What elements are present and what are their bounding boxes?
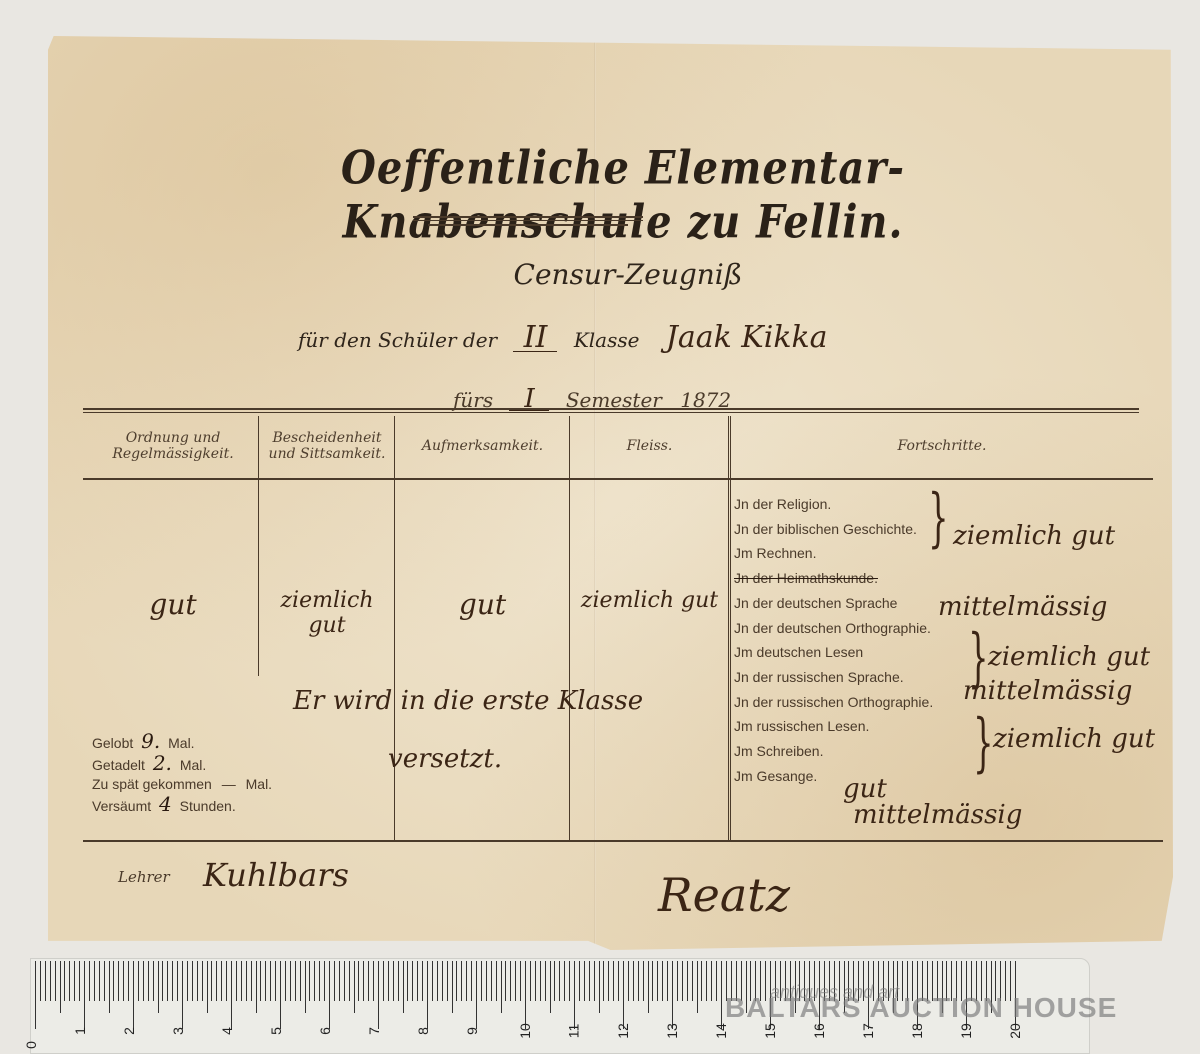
class-number: II — [513, 325, 557, 352]
ruler-number: 1 — [72, 1027, 88, 1035]
ruler-tick — [334, 961, 335, 1001]
ruler-tick — [711, 961, 712, 1001]
ruler-tick — [471, 961, 472, 1001]
ruler-tick — [349, 961, 350, 1001]
ruler-tick — [692, 961, 693, 1001]
ruler-tick — [530, 961, 531, 1001]
ruler-tick — [628, 961, 629, 1001]
ruler-tick — [202, 961, 203, 1001]
ruler-tick — [236, 961, 237, 1001]
ruler-tick — [187, 961, 188, 1001]
ruler-number: 17 — [860, 1023, 876, 1039]
ruler-tick — [613, 961, 614, 1001]
ruler-tick — [192, 961, 193, 1001]
ruler-tick — [461, 961, 462, 1001]
ruler-tick — [69, 961, 70, 1001]
ruler-tick — [496, 961, 497, 1001]
ruler-number: 2 — [121, 1027, 137, 1035]
ruler-tick — [706, 961, 707, 1001]
ruler-number: 8 — [415, 1027, 431, 1035]
grade-russische-sprache: mittelmässig — [963, 676, 1132, 706]
certificate-paper: Oeffentliche Elementar-Knabenschule zu F… — [48, 36, 1173, 950]
ruler-number: 10 — [517, 1023, 533, 1039]
table-bottom-rule — [83, 840, 1163, 842]
ruler-tick — [569, 961, 570, 1001]
ruler-tick — [574, 961, 575, 1029]
ruler-tick — [608, 961, 609, 1001]
ruler-tick — [113, 961, 114, 1001]
column-divider — [258, 416, 259, 676]
ruler-tick — [216, 961, 217, 1001]
ruler-tick — [603, 961, 604, 1001]
header-fortschritte: Fortschritte. — [732, 416, 1152, 476]
ruler-tick — [535, 961, 536, 1001]
ruler-tick — [579, 961, 580, 1001]
subjects-list: Jn der Religion. Jn der biblischen Gesch… — [734, 492, 933, 788]
ruler-tick — [99, 961, 100, 1001]
ruler-tick — [40, 961, 41, 1001]
ruler-tick — [545, 961, 546, 1001]
ruler-tick — [643, 961, 644, 1001]
ruler-tick — [231, 961, 232, 1029]
ruler-tick — [260, 961, 261, 1001]
ruler-tick — [167, 961, 168, 1001]
ruler-tick — [300, 961, 301, 1001]
ruler-tick — [197, 961, 198, 1001]
ruler-tick — [295, 961, 296, 1001]
ruler-tick — [652, 961, 653, 1001]
ruler-tick — [290, 961, 291, 1001]
director-signature: Reatz — [658, 868, 790, 922]
ruler-tick — [618, 961, 619, 1001]
ruler-tick — [378, 961, 379, 1029]
ruler-tick — [599, 961, 600, 1013]
title-divider-lower — [428, 224, 628, 226]
ruler-tick — [339, 961, 340, 1001]
table-top-rule — [83, 408, 1139, 413]
table-header-rule — [83, 478, 1153, 480]
ruler-tick — [594, 961, 595, 1001]
ruler-tick — [285, 961, 286, 1001]
ruler-tick — [172, 961, 173, 1001]
ruler-tick — [35, 961, 36, 1029]
ruler-tick — [319, 961, 320, 1001]
ruler-tick — [486, 961, 487, 1001]
ruler-tick — [657, 961, 658, 1001]
ruler-tick — [270, 961, 271, 1001]
ruler-tick — [398, 961, 399, 1001]
grade-aufmerksamkeit: gut — [396, 588, 569, 621]
ruler-tick — [667, 961, 668, 1001]
ruler-tick — [275, 961, 276, 1001]
ruler-tick — [501, 961, 502, 1013]
ruler-number: 6 — [317, 1027, 333, 1035]
ruler-tick — [148, 961, 149, 1001]
header-aufmerksamkeit: Aufmerksamkeit. — [396, 416, 569, 476]
ruler-tick — [682, 961, 683, 1001]
ruler-tick — [84, 961, 85, 1029]
subject-row: Jn der russischen Orthographie. — [734, 690, 933, 715]
ruler-tick — [466, 961, 467, 1001]
ruler-tick — [383, 961, 384, 1001]
ruler-tick — [638, 961, 639, 1001]
header-bescheidenheit: Bescheidenheit und Sittsamkeit. — [260, 416, 394, 476]
ruler-tick — [177, 961, 178, 1001]
ruler-tick — [481, 961, 482, 1001]
ruler-tick — [182, 961, 183, 1029]
ruler-tick — [89, 961, 90, 1001]
ruler-tick — [633, 961, 634, 1001]
ruler-number: 18 — [909, 1023, 925, 1039]
ruler-tick — [648, 961, 649, 1013]
ruler-tick — [427, 961, 428, 1029]
late-row: Zu spät gekommen — Mal. — [92, 775, 272, 795]
ruler-tick — [388, 961, 389, 1001]
subject-row: Jn der deutschen Sprache — [734, 591, 933, 616]
ruler-number: 4 — [219, 1027, 235, 1035]
school-title: Oeffentliche Elementar-Knabenschule zu F… — [198, 141, 1048, 249]
ruler-tick — [104, 961, 105, 1001]
ruler-number: 13 — [664, 1023, 680, 1039]
ruler-number: 14 — [713, 1023, 729, 1039]
ruler-tick — [45, 961, 46, 1001]
ruler-tick — [50, 961, 51, 1001]
ruler-tick — [358, 961, 359, 1001]
brace-icon: } — [973, 711, 993, 775]
ruler-tick — [520, 961, 521, 1001]
ruler-tick — [623, 961, 624, 1029]
ruler-tick — [589, 961, 590, 1001]
ruler-tick — [554, 961, 555, 1001]
teacher-signature: Kuhlbars — [203, 856, 349, 894]
ruler-tick — [226, 961, 227, 1001]
subject-row: Jm russischen Lesen. — [734, 714, 933, 739]
subject-row: Jn der russischen Sprache. — [734, 665, 933, 690]
ruler-tick — [505, 961, 506, 1001]
ruler-tick — [55, 961, 56, 1001]
ruler-tick — [221, 961, 222, 1001]
ruler-tick — [412, 961, 413, 1001]
ruler-number: 15 — [762, 1023, 778, 1039]
ruler-number: 20 — [1007, 1023, 1023, 1039]
ruler-tick — [211, 961, 212, 1001]
subject-row: Jn der deutschen Orthographie. — [734, 616, 933, 641]
grade-bescheidenheit: ziemlich gut — [260, 588, 394, 638]
ruler-tick — [452, 961, 453, 1013]
ruler-tick — [515, 961, 516, 1001]
ruler-tick — [64, 961, 65, 1001]
ruler-tick — [584, 961, 585, 1001]
column-divider — [728, 416, 731, 840]
teacher-label: Lehrer — [118, 868, 170, 886]
subject-row: Jm Rechnen. — [734, 541, 933, 566]
ruler-tick — [476, 961, 477, 1029]
ruler-tick — [314, 961, 315, 1001]
ruler-tick — [153, 961, 154, 1001]
class-label: Klasse — [574, 328, 640, 352]
ruler-tick — [559, 961, 560, 1001]
ruler-tick — [716, 961, 717, 1001]
grade-ordnung: gut — [88, 588, 258, 621]
ruler-tick — [138, 961, 139, 1001]
column-divider — [569, 416, 570, 840]
ruler-tick — [123, 961, 124, 1001]
column-divider — [394, 416, 395, 840]
ruler-tick — [246, 961, 247, 1001]
grade-fleiss: ziemlich gut — [571, 588, 728, 613]
reprimanded-row: Getadelt 2. Mal. — [92, 754, 272, 776]
subject-row: Jm Gesange. — [734, 764, 933, 789]
grade-deutsche-sprache: mittelmässig — [938, 592, 1107, 622]
ruler-tick — [447, 961, 448, 1001]
ruler-tick — [550, 961, 551, 1013]
ruler-tick — [118, 961, 119, 1001]
ruler-tick — [241, 961, 242, 1001]
ruler-tick — [305, 961, 306, 1013]
subject-row: Jn der biblischen Geschichte. — [734, 517, 933, 542]
subject-row: Jm deutschen Lesen — [734, 640, 933, 665]
ruler-number: 3 — [170, 1027, 186, 1035]
ruler-tick — [280, 961, 281, 1029]
ruler-tick — [60, 961, 61, 1013]
reprimanded-count: 2. — [153, 751, 172, 775]
ruler-number: 12 — [615, 1023, 631, 1039]
ruler-tick — [510, 961, 511, 1001]
ruler-tick — [207, 961, 208, 1013]
ruler-tick — [525, 961, 526, 1029]
ruler-tick — [697, 961, 698, 1013]
ruler-number: 19 — [958, 1023, 974, 1039]
ruler-tick — [407, 961, 408, 1001]
ruler-tick — [79, 961, 80, 1001]
ruler-tick — [133, 961, 134, 1029]
ruler-tick — [94, 961, 95, 1001]
grade-russisch-group: ziemlich gut — [993, 724, 1155, 754]
ruler-tick — [162, 961, 163, 1001]
ruler-tick — [422, 961, 423, 1001]
ruler-number: 11 — [565, 1024, 581, 1039]
watermark-brand: BALTARS AUCTION HOUSE — [725, 992, 1117, 1024]
subject-row: Jm Schreiben. — [734, 739, 933, 764]
ruler-number: 9 — [464, 1027, 480, 1035]
ruler-tick — [442, 961, 443, 1001]
absent-hours: 4 — [159, 792, 172, 816]
ruler-tick — [677, 961, 678, 1001]
ruler-tick — [344, 961, 345, 1001]
ruler-tick — [701, 961, 702, 1001]
absent-row: Versäumt 4 Stunden. — [92, 795, 272, 817]
subject-row-struck: Jn der Heimathskunde. — [734, 566, 933, 591]
grade-gesange: mittelmässig — [853, 800, 1022, 830]
ruler-tick — [373, 961, 374, 1001]
ruler-tick — [417, 961, 418, 1001]
ruler-number: 16 — [811, 1023, 827, 1039]
ruler-number: 5 — [268, 1027, 284, 1035]
ruler-tick — [158, 961, 159, 1013]
header-ordnung: Ordnung und Regelmässigkeit. — [88, 416, 258, 476]
ruler-tick — [363, 961, 364, 1001]
ruler-tick — [329, 961, 330, 1029]
ruler-tick — [251, 961, 252, 1001]
ruler-number: 0 — [23, 1041, 39, 1049]
grade-religion-group: ziemlich gut — [953, 521, 1115, 551]
student-line-prefix: für den Schüler der — [298, 328, 497, 352]
title-divider — [413, 216, 643, 221]
promotion-remark-line1: Er wird in die erste Klasse — [293, 686, 643, 716]
brace-icon: } — [928, 486, 948, 550]
header-fleiss: Fleiss. — [571, 416, 728, 476]
ruler-tick — [456, 961, 457, 1001]
certificate-subtitle: Censur-Zeugniß — [348, 258, 908, 291]
ruler-tick — [564, 961, 565, 1001]
ruler-tick — [721, 961, 722, 1029]
ruler-tick — [324, 961, 325, 1001]
promotion-remark-line2: versetzt. — [388, 744, 502, 774]
ruler-tick — [672, 961, 673, 1029]
grade-deutsch-group: ziemlich gut — [988, 642, 1150, 672]
ruler-number: 7 — [366, 1027, 382, 1035]
ruler-tick — [393, 961, 394, 1001]
ruler-tick — [265, 961, 266, 1001]
praised-row: Gelobt 9. Mal. — [92, 732, 272, 754]
ruler-tick — [540, 961, 541, 1001]
praised-count: 9. — [141, 729, 160, 753]
ruler-tick — [74, 961, 75, 1001]
ruler-tick — [437, 961, 438, 1001]
ruler-tick — [432, 961, 433, 1001]
ruler-tick — [256, 961, 257, 1013]
ruler-tick — [403, 961, 404, 1013]
ruler-tick — [128, 961, 129, 1001]
ruler-tick — [491, 961, 492, 1001]
ruler-tick — [368, 961, 369, 1001]
ruler-tick — [309, 961, 310, 1001]
student-name: Jaak Kikka — [666, 320, 828, 355]
ruler-tick — [143, 961, 144, 1001]
ruler-tick — [109, 961, 110, 1013]
ruler-tick — [354, 961, 355, 1013]
ruler-tick — [662, 961, 663, 1001]
student-line: für den Schüler der II Klasse Jaak Kikka — [298, 320, 1098, 355]
late-count: — — [222, 776, 236, 792]
conduct-stats: Gelobt 9. Mal. Getadelt 2. Mal. Zu spät … — [92, 732, 272, 816]
ruler-tick — [687, 961, 688, 1001]
subject-row: Jn der Religion. — [734, 492, 933, 517]
